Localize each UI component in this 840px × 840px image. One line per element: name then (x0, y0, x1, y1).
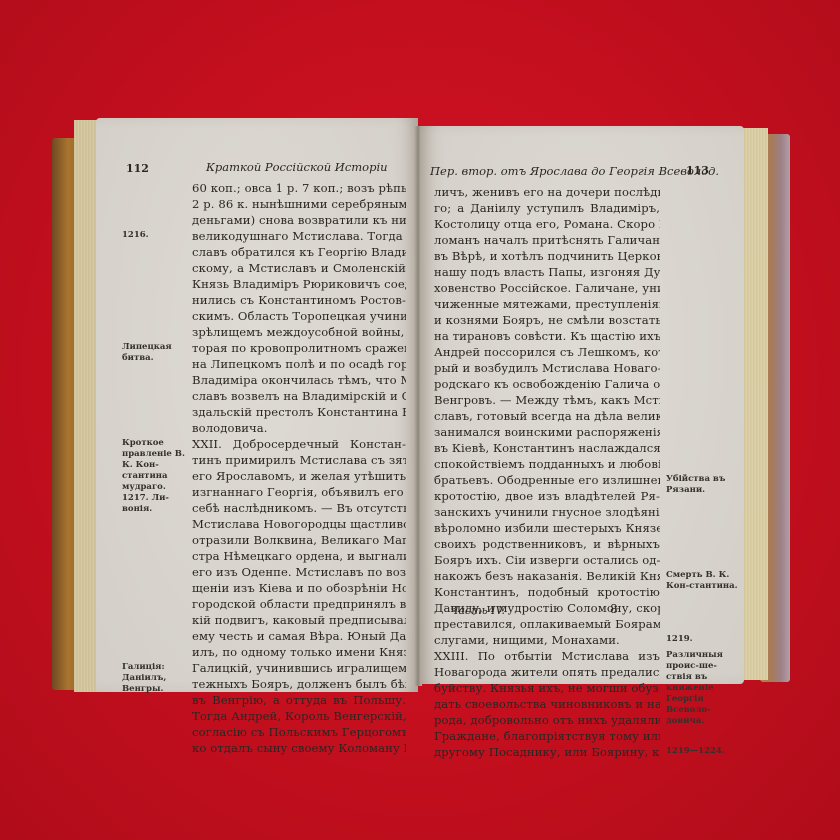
text-line: деньгами) снова возвратили къ нимъ (192, 212, 406, 228)
text-line: XXII. Добросердечный Констан- (192, 436, 406, 452)
text-line: братьевъ. Ободренные его излишнею (434, 472, 660, 488)
margin-note: Галиція: Даніилъ, Венгры. (122, 662, 188, 695)
left-page-body: 60 коп.; овса 1 р. 7 коп.; возъ рѣпы2 р.… (192, 180, 406, 756)
text-line: здальскій престолъ Константина Все- (192, 404, 406, 420)
text-line: дать своевольства чиновниковъ и на- (434, 696, 660, 712)
text-line: изгнаннаго Георгія, объявилъ его по (192, 484, 406, 500)
text-line: его изъ Оденпе. Мстиславъ по возвра- (192, 564, 406, 580)
text-line: его Ярославомъ, и желая утѣшить (192, 468, 406, 484)
text-line: Венгровъ. — Между тѣмъ, какъ Мсти- (434, 392, 660, 408)
text-line: Бояръ ихъ. Сіи изверги остались од- (434, 552, 660, 568)
text-line: на Липецкомъ полѣ и по осадѣ города (192, 356, 406, 372)
text-line: XXIII. По отбытіи Мстислава изъ (434, 648, 660, 664)
text-line: славъ возвелъ на Владимірскій и Су- (192, 388, 406, 404)
text-line: скимъ. Область Торопецкая учинилась (192, 308, 406, 324)
text-line: тежныхъ Бояръ, долженъ былъ бѣжать (192, 676, 406, 692)
text-line: Князь Владиміръ Рюриковичъ соеди- (192, 276, 406, 292)
margin-note: 1219. (666, 634, 738, 645)
text-line: скому, а Мстиславъ и Смоленскій (192, 260, 406, 276)
text-line: ховенство Россійское. Галичане, уни- (434, 280, 660, 296)
text-line: отразили Волквина, Великаго Маги- (192, 532, 406, 548)
text-line: вѣроломно избили шестерыхъ Князей, (434, 520, 660, 536)
margin-note: Убійства въ Рязани. (666, 474, 738, 496)
text-line: щеніи изъ Кіева и по обозрѣніи Ново- (192, 580, 406, 596)
text-line: торая по кровопролитномъ сраженіи (192, 340, 406, 356)
text-line: Граждане, благопріятствуя тому или (434, 728, 660, 744)
margin-note: Различныя проис-ше-ствія въ княженіе Гео… (666, 650, 738, 727)
text-line: занимался воинскими распоряженіями (434, 424, 660, 440)
margin-note: Кроткое правленіе В. К. Кон-стантина муд… (122, 438, 188, 515)
text-line: Галицкій, учинившись игралищемъ мя- (192, 660, 406, 676)
text-line: буйству. Князья ихъ, не могши обуз- (434, 680, 660, 696)
text-line: тинъ примирилъ Мстислава съ зятемъ (192, 452, 406, 468)
text-line: Константинъ, подобный кротостію (434, 584, 660, 600)
text-line: го; а Даніилу уступилъ Владиміръ, (434, 200, 660, 216)
text-line: накожъ безъ наказанія. Великій Князь (434, 568, 660, 584)
margin-note: Липецкая битва. (122, 342, 188, 364)
margin-note: Смерть В. К. Кон-стантина. (666, 570, 738, 592)
text-line: себѣ наслѣдникомъ. — Въ отсутствіе (192, 500, 406, 516)
text-line: Костолицу отца его, Романа. Скоро Ко- (434, 216, 660, 232)
text-line: володовича. (192, 420, 406, 436)
text-line: въ Вѣрѣ, и хотѣлъ подчинить Церковь (434, 248, 660, 264)
text-line: родскаго къ освобожденію Галича отъ (434, 376, 660, 392)
left-page: 112 Краткой Россійской Исторіи 60 коп.; … (96, 118, 418, 692)
volume-footer: Часть IV. (450, 604, 505, 617)
text-line: кій подвигъ, каковый предписывали (192, 612, 406, 628)
text-line: занскихъ учинили гнусное злодѣяніе: (434, 504, 660, 520)
right-page-body: личъ, женивъ его на дочери послѣдня-го; … (434, 184, 660, 760)
text-line: славъ, готовый всегда на дѣла великія, (434, 408, 660, 424)
margin-note: 1216. (122, 230, 188, 241)
text-line: кротостію, двое изъ владѣтелей Ря- (434, 488, 660, 504)
text-line: городской области предпринялъ вели- (192, 596, 406, 612)
text-line: 2 р. 86 к. нынѣшними серебряными (192, 196, 406, 212)
text-line: 60 коп.; овса 1 р. 7 коп.; возъ рѣпы (192, 180, 406, 196)
text-line: илъ, по одному только имени Князь (192, 644, 406, 660)
running-header-left: Краткой Россійской Исторіи (206, 160, 388, 174)
text-line: ломанъ началъ притѣснять Галичанъ (434, 232, 660, 248)
text-line: чиженные мятежами, преступленіями (434, 296, 660, 312)
signature-mark: 8 (610, 602, 618, 616)
text-line: Новагорода жители опять предались (434, 664, 660, 680)
text-line: нашу подъ власть Папы, изгоняя Ду- (434, 264, 660, 280)
right-page: Пер. втор. отъ Ярослава до Георгія Всево… (420, 126, 744, 684)
running-header-right: Пер. втор. отъ Ярослава до Георгія Всево… (430, 164, 719, 178)
text-line: рый и возбудилъ Мстислава Новаго- (434, 360, 660, 376)
text-line: своихъ родственниковъ, и вѣрныхъ (434, 536, 660, 552)
text-line: Тогда Андрей, Король Венгерскій, по (192, 708, 406, 724)
text-line: въ Кіевѣ, Константинъ наслаждался (434, 440, 660, 456)
text-line: стра Нѣмецкаго ордена, и выгнали (192, 548, 406, 564)
text-line: великодушнаго Мстислава. Тогда Яро- (192, 228, 406, 244)
page-edges-right (742, 128, 768, 680)
page-number-right: 113 (686, 164, 709, 177)
page-number-left: 112 (126, 162, 149, 175)
text-line: въ Венгрію, а оттуда въ Польшу. (192, 692, 406, 708)
text-line: спокойствіемъ подданныхъ и любовію (434, 456, 660, 472)
text-line: на тирановъ совѣсти. Къ щастію ихъ (434, 328, 660, 344)
text-line: преставился, оплакиваемый Боярами, (434, 616, 660, 632)
text-line: славъ обратился къ Георгію Владимір- (192, 244, 406, 260)
open-book: 112 Краткой Россійской Исторіи 60 коп.; … (0, 0, 840, 840)
text-line: зрѣлищемъ междоусобной войны, ко- (192, 324, 406, 340)
text-line: личъ, женивъ его на дочери послѣдня- (434, 184, 660, 200)
margin-note: 1219—1224. (666, 746, 738, 757)
text-line: Андрей поссорился съ Лешкомъ, кото- (434, 344, 660, 360)
text-line: другому Посаднику, или Боярину, ка- (434, 744, 660, 760)
text-line: Владиміра окончилась тѣмъ, что Мсти- (192, 372, 406, 388)
text-line: согласію съ Польскимъ Герцогомъ Леш- (192, 724, 406, 740)
text-line: Мстислава Новогородцы щастливо (192, 516, 406, 532)
text-line: и кознями Бояръ, не смѣли возстать (434, 312, 660, 328)
text-line: слугами, нищими, Монахами. (434, 632, 660, 648)
text-line: нились съ Константиномъ Ростов- (192, 292, 406, 308)
text-line: ему честь и самая Вѣра. Юный Дані- (192, 628, 406, 644)
text-line: ко отдалъ сыну своему Коломану Га- (192, 740, 406, 756)
text-line: рода, добровольно отъ нихъ удалялись. (434, 712, 660, 728)
